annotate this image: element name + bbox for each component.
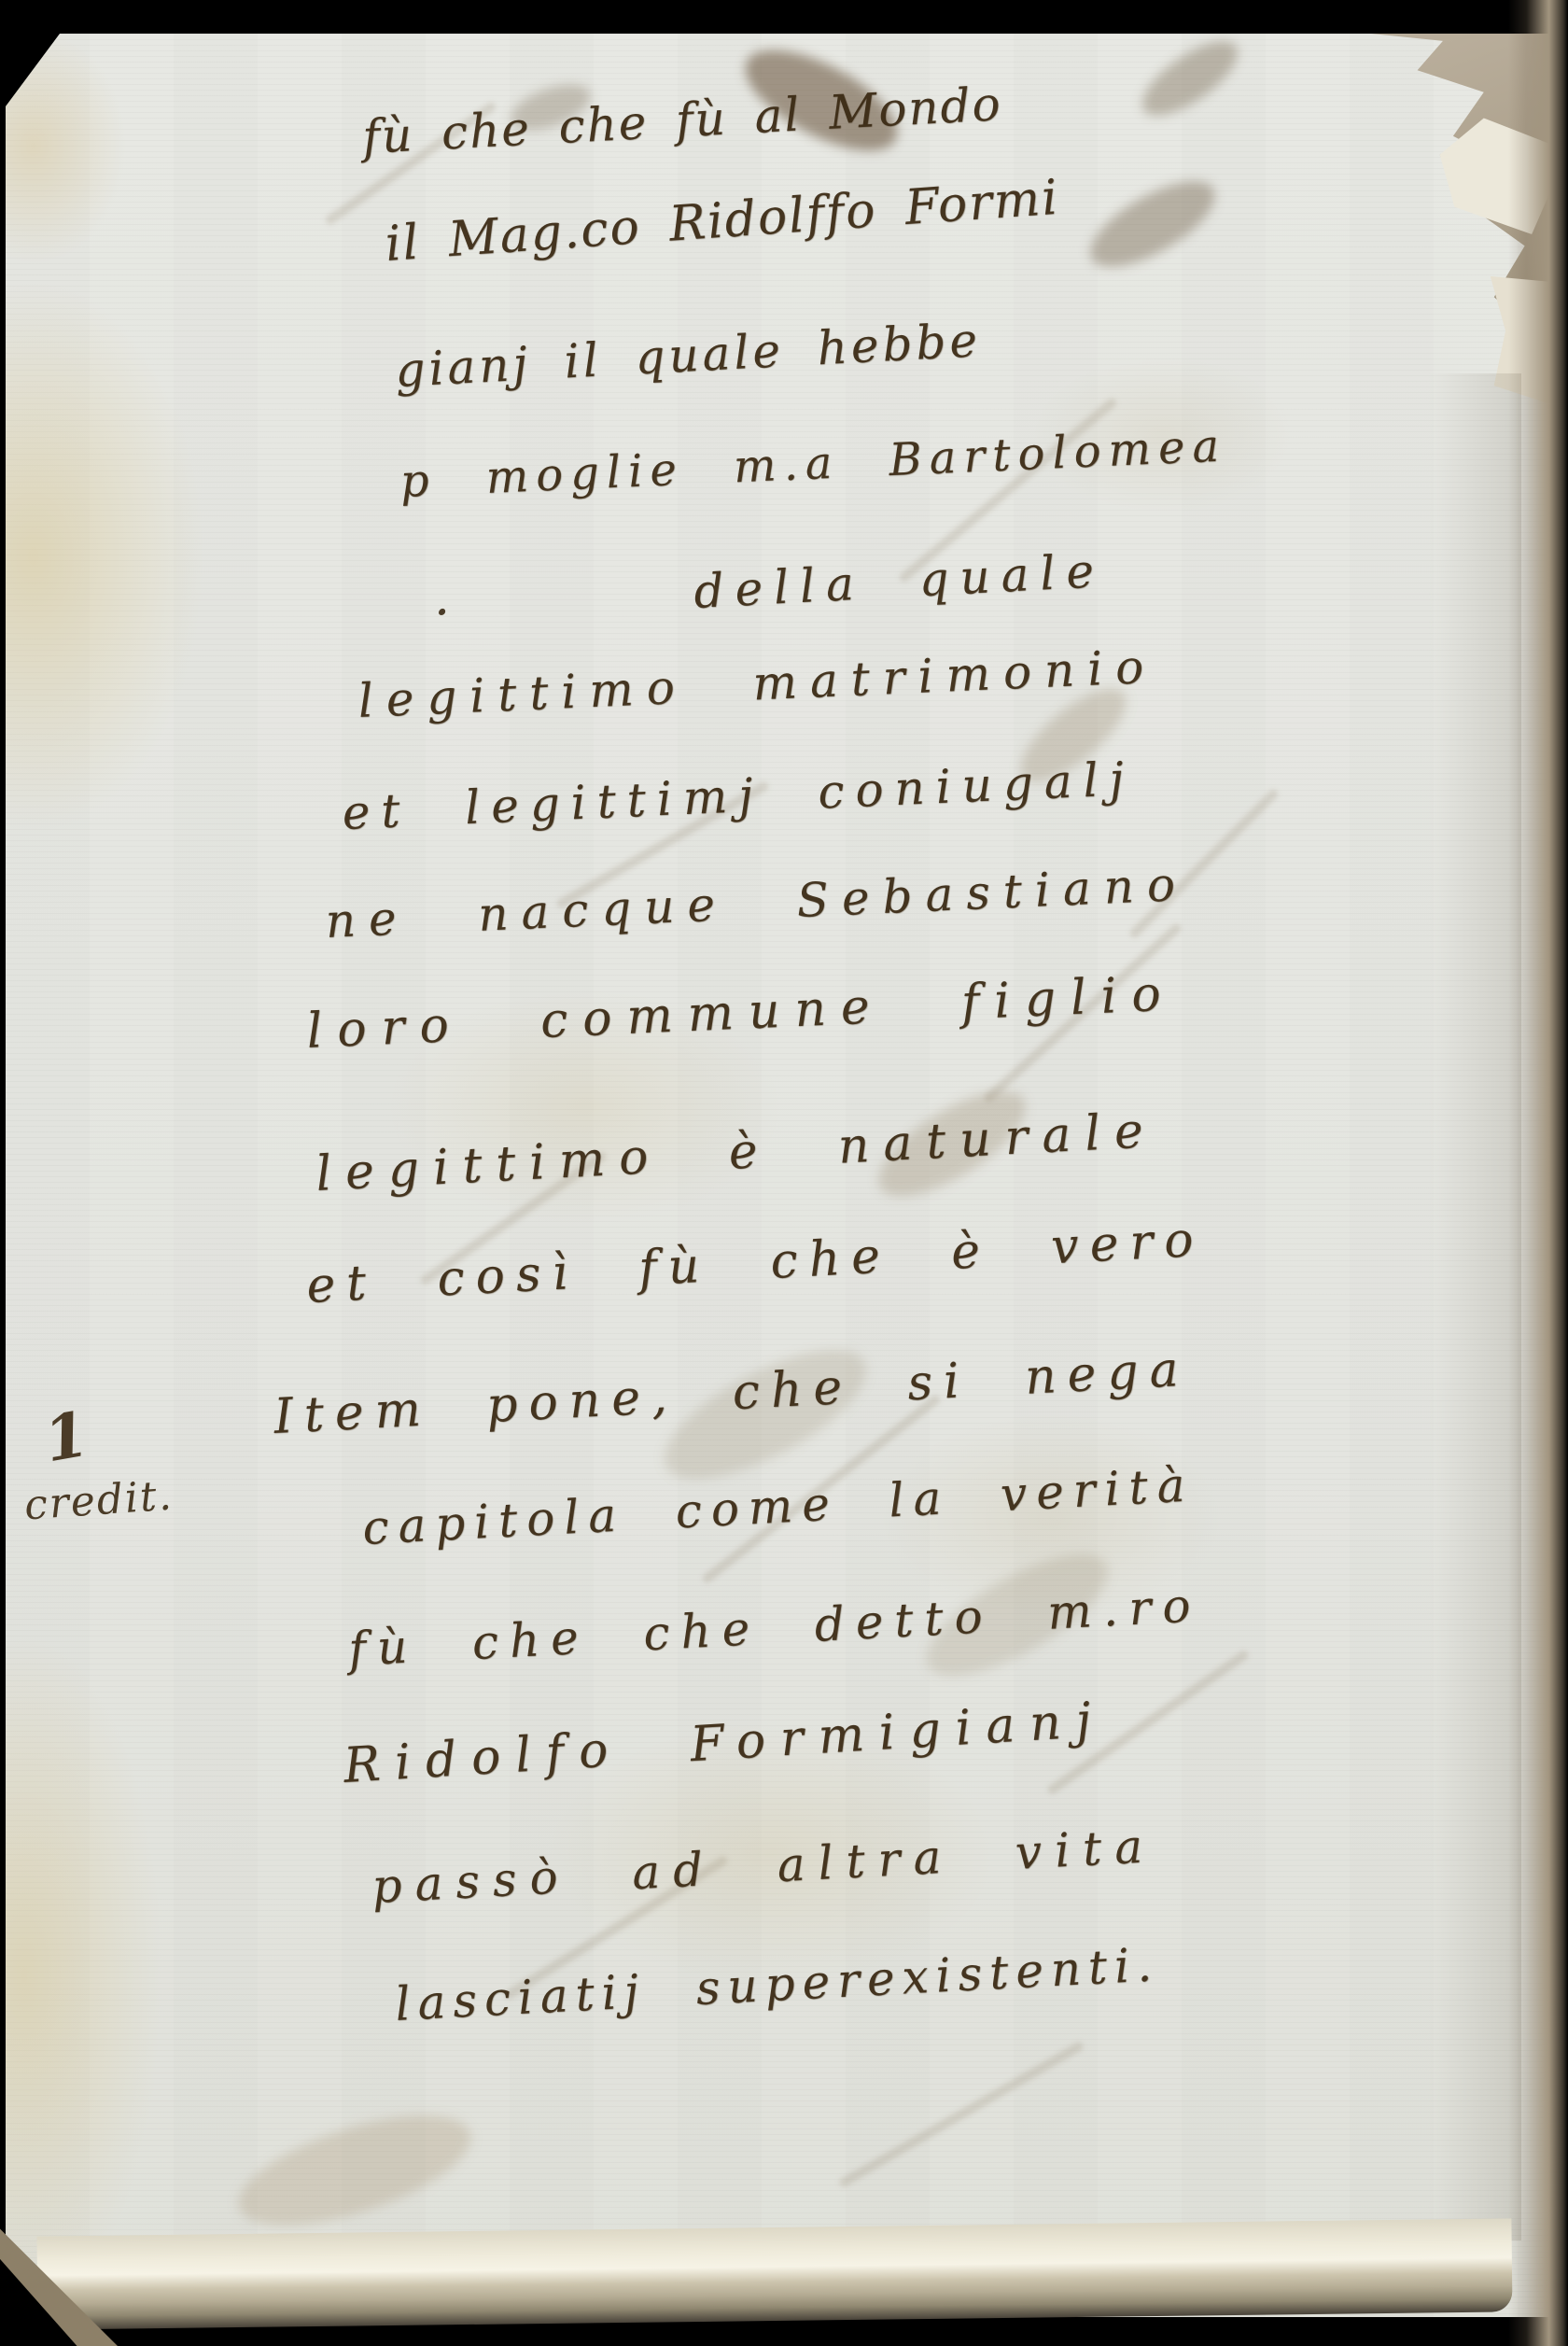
stacked-page-edges [36,2218,1512,2329]
page-right-edge [1508,0,1568,2346]
stray-dot: . [434,568,450,626]
page-curl-shadow [1428,373,1521,2241]
manuscript-scan: 1 credit. . fù che che fù al Mondo il Ma… [0,0,1568,2346]
